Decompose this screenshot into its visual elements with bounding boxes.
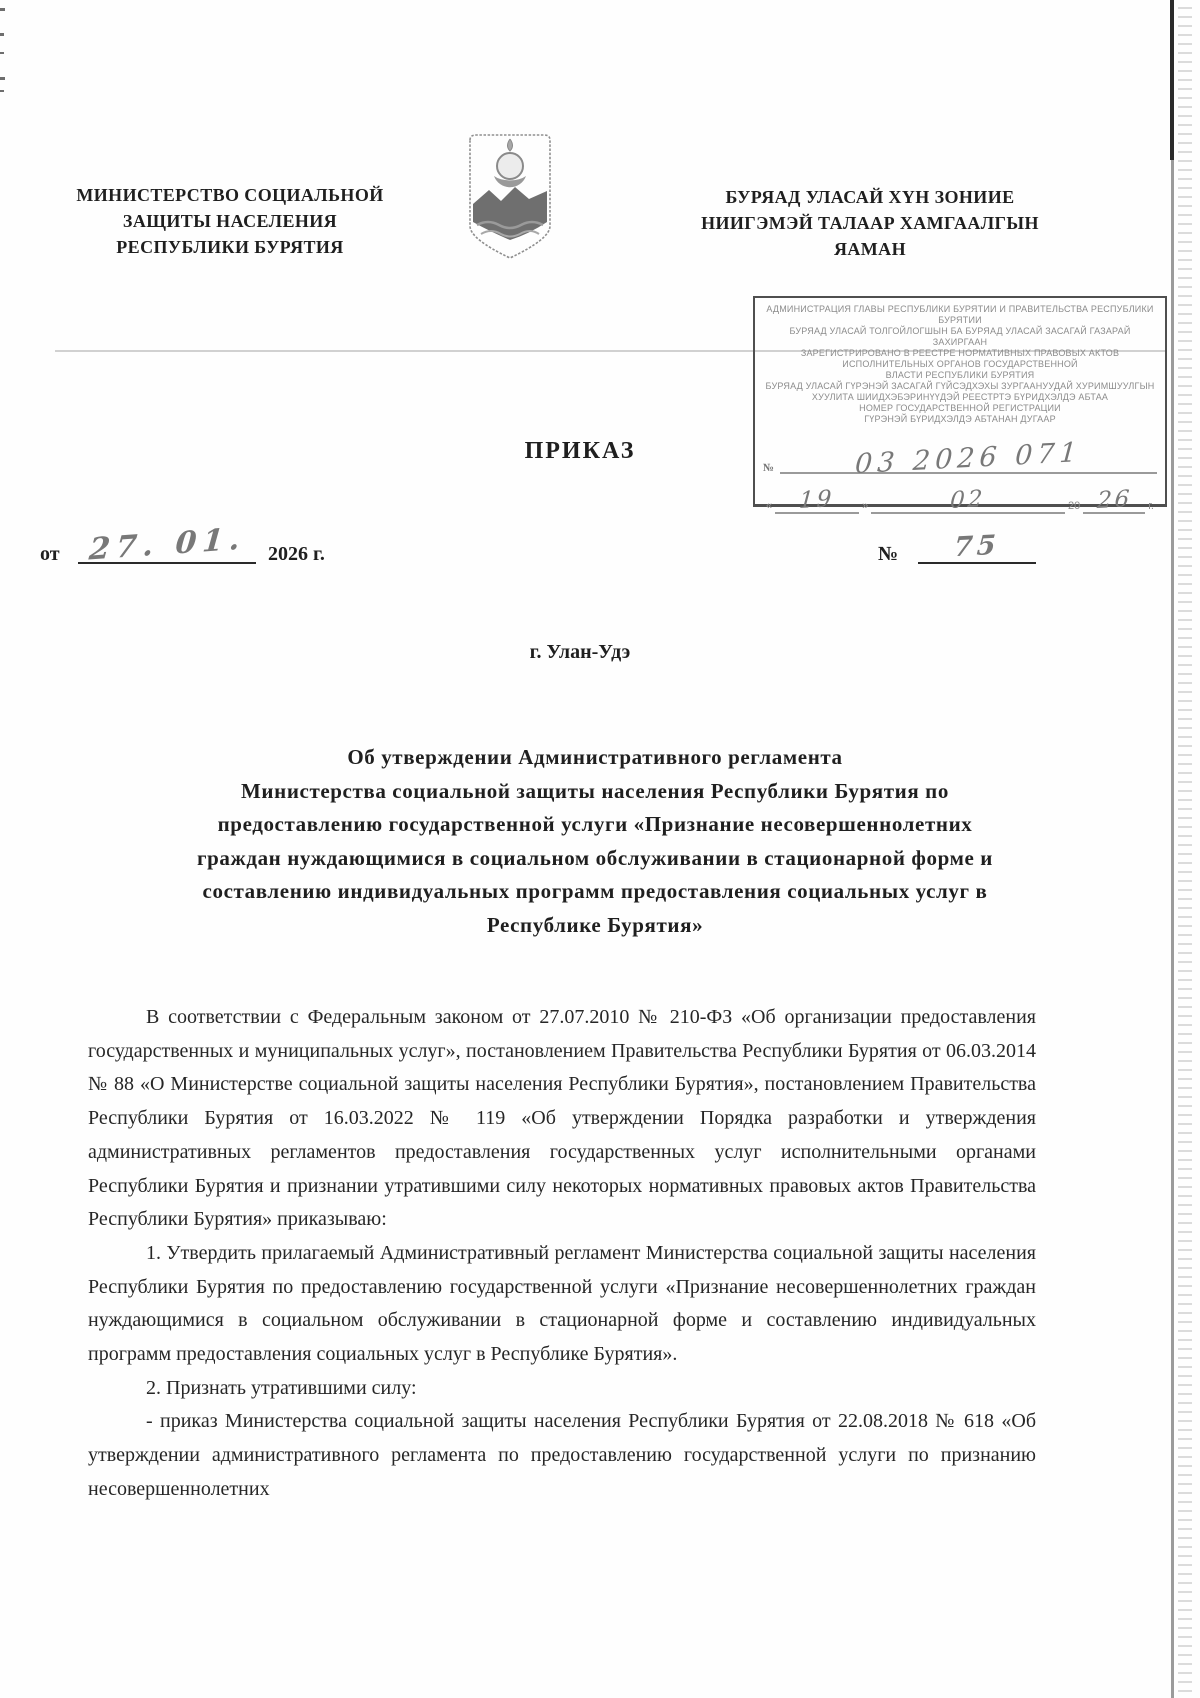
scan-artifact-vertical-line-dark [1170,0,1174,160]
stamp-year-suffix: г. [1145,500,1157,514]
stamp-text-line: ВЛАСТИ РЕСПУБЛИКИ БУРЯТИЯ [763,370,1157,381]
stamp-month-handwritten: 02 [950,488,987,513]
scan-artifact-mark [0,90,4,92]
order-date-number-row: от 27. 01. 2026 г. № 75 [40,532,1160,568]
stamp-day-field: 19 [775,489,859,514]
scan-artifact-vertical-line [1171,0,1174,1698]
order-date-prefix: от [40,543,60,566]
order-year-printed: 2026 г. [268,543,325,566]
ministry-name-russian-line: ЗАЩИТЫ НАСЕЛЕНИЯ [55,208,405,234]
order-date-handwritten: 27. 01. [87,521,247,567]
stamp-day-handwritten: 19 [799,488,836,513]
stamp-text-line: ЗАРЕГИСТРИРОВАНО В РЕЕСТРЕ НОРМАТИВНЫХ П… [763,348,1157,359]
order-number-handwritten: 75 [953,530,1001,564]
stamp-month-field: 02 [871,489,1065,514]
order-title: ПРИКАЗ [0,438,1160,465]
scan-artifact-mark [0,8,5,11]
scan-artifact-mark [0,52,4,54]
order-number-field: 75 [918,531,1036,564]
order-subject-heading: Об утверждении Административного регламе… [90,741,1100,942]
subject-line: Министерства социальной защиты населения… [90,775,1100,809]
ministry-name-buryat: БУРЯАД УЛАСАЙ ХҮН ЗОНИИЕ НИИГЭМЭЙ ТАЛААР… [640,184,1100,262]
ministry-name-russian-line: МИНИСТЕРСТВО СОЦИАЛЬНОЙ [55,182,405,208]
subject-line: предоставлению государственной услуги «П… [90,808,1100,842]
stamp-year-handwritten: 26 [1096,488,1133,513]
subject-line: Об утверждении Административного регламе… [90,741,1100,775]
stamp-year-field: 26 [1083,489,1145,514]
scanned-order-page: МИНИСТЕРСТВО СОЦИАЛЬНОЙ ЗАЩИТЫ НАСЕЛЕНИЯ… [0,0,1200,1698]
stamp-date-row: « 19 » 02 20 26 г. [763,474,1157,514]
stamp-text-line: НОМЕР ГОСУДАРСТВЕННОЙ РЕГИСТРАЦИИ [763,403,1157,414]
stamp-text-line: АДМИНИСТРАЦИЯ ГЛАВЫ РЕСПУБЛИКИ БУРЯТИИ И… [763,304,1157,326]
stamp-text-line: ИСПОЛНИТЕЛЬНЫХ ОРГАНОВ ГОСУДАРСТВЕННОЙ [763,359,1157,370]
stamp-text-line: ГҮРЭНЭЙ БҮРИДХЭЛДЭ АБТАНАН ДУГААР [763,414,1157,425]
body-paragraph-item-2: 2. Признать утратившими силу: [88,1372,1036,1406]
scan-artifact-mark [0,33,4,36]
coat-of-arms-icon [463,130,557,264]
scan-artifact-mark [0,77,5,80]
body-paragraph-item-1: 1. Утвердить прилагаемый Административны… [88,1237,1036,1372]
ministry-name-buryat-line: НИИГЭМЭЙ ТАЛААР ХАМГААЛГЫН [640,210,1100,236]
stamp-text-line: БУРЯАД УЛАСАЙ ГҮРЭНЭЙ ЗАСАГАЙ ГҮЙСЭДХЭХЫ… [763,381,1157,392]
order-city: г. Улан-Удэ [0,641,1160,664]
ministry-name-russian: МИНИСТЕРСТВО СОЦИАЛЬНОЙ ЗАЩИТЫ НАСЕЛЕНИЯ… [55,182,405,260]
body-paragraph-preamble: В соответствии с Федеральным законом от … [88,1001,1036,1237]
registration-stamp: АДМИНИСТРАЦИЯ ГЛАВЫ РЕСПУБЛИКИ БУРЯТИИ И… [753,296,1167,507]
stamp-year-prefix: 20 [1065,500,1083,514]
order-body-text: В соответствии с Федеральным законом от … [88,1001,1036,1507]
order-date-field: 27. 01. [78,527,256,564]
ministry-name-buryat-line: БУРЯАД УЛАСАЙ ХҮН ЗОНИИЕ [640,184,1100,210]
order-number-label: № [878,543,898,566]
stamp-date-close-quote: » [859,500,871,514]
subject-line: граждан нуждающимися в социальном обслуж… [90,842,1100,876]
ministry-name-buryat-line: ЯАМАН [640,236,1100,262]
subject-line: составлению индивидуальных программ пред… [90,875,1100,909]
stamp-text-line: ХУУЛИТА ШИИДХЭБЭРИНҮҮДЭЙ РЕЕСТРТЭ БҮРИДХ… [763,392,1157,403]
body-paragraph-revoked-order: - приказ Министерства социальной защиты … [88,1405,1036,1506]
stamp-text-line: БУРЯАД УЛАСАЙ ТОЛГОЙЛОГШЫН БА БУРЯАД УЛА… [763,326,1157,348]
stamp-date-open-quote: « [763,500,775,514]
ministry-name-russian-line: РЕСПУБЛИКИ БУРЯТИЯ [55,234,405,260]
registration-stamp-text: АДМИНИСТРАЦИЯ ГЛАВЫ РЕСПУБЛИКИ БУРЯТИИ И… [763,304,1157,425]
scan-artifact-speckles [1178,0,1192,1698]
subject-line: Республике Бурятия» [90,909,1100,943]
